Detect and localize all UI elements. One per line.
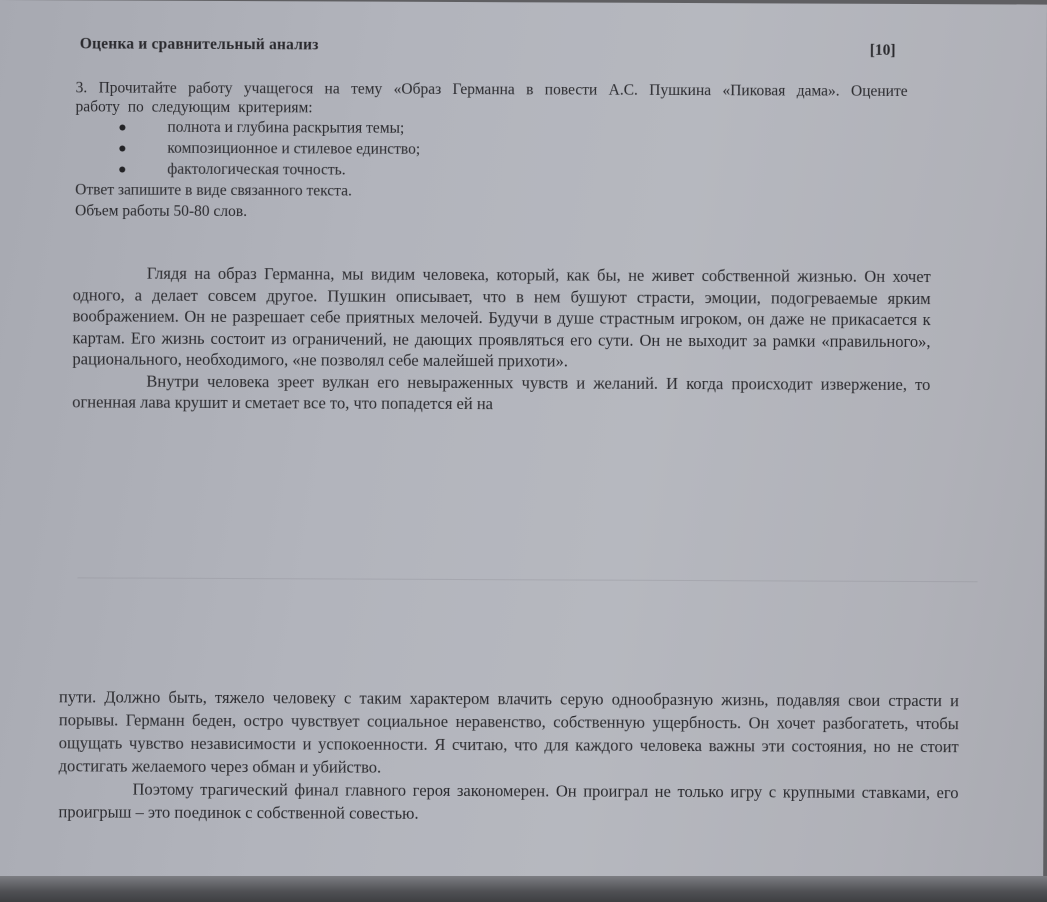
essay-top: Глядя на образ Германна, мы видим челове… <box>72 262 931 416</box>
bullet-icon <box>119 167 125 173</box>
essay-paragraph-2-start: Внутри человека зреет вулкан его невыраж… <box>72 370 930 417</box>
criteria-text: полнота и глубина раскрытия темы; <box>167 119 404 137</box>
background-surface <box>0 876 1047 902</box>
criteria-item: фактологическая точность. <box>119 159 907 183</box>
section-title: Оценка и сравнительный анализ <box>80 35 319 54</box>
fold-line <box>77 577 977 582</box>
task-intro: 3. Прочитайте работу учащегося на тему «… <box>75 78 907 120</box>
score-badge: [10] <box>870 42 896 60</box>
criteria-list: полнота и глубина раскрытия темы; композ… <box>75 116 907 183</box>
essay-paragraph-2-end: пути. Должно быть, тяжело человеку с так… <box>59 685 959 781</box>
bullet-icon <box>119 146 125 152</box>
task-block: 3. Прочитайте работу учащегося на тему «… <box>75 78 908 225</box>
essay-bottom: пути. Должно быть, тяжело человеку с так… <box>58 685 959 827</box>
criteria-text: фактологическая точность. <box>167 161 345 179</box>
essay-paragraph-3: Поэтому трагический финал главного героя… <box>58 777 958 827</box>
essay-paragraph-1: Глядя на образ Германна, мы видим челове… <box>72 262 930 373</box>
word-count-instruction: Объем работы 50-80 слов. <box>75 200 907 225</box>
criteria-text: композиционное и стилевое единство; <box>167 140 420 158</box>
bullet-icon <box>119 125 125 131</box>
document-page: Оценка и сравнительный анализ [10] 3. Пр… <box>0 0 1047 893</box>
